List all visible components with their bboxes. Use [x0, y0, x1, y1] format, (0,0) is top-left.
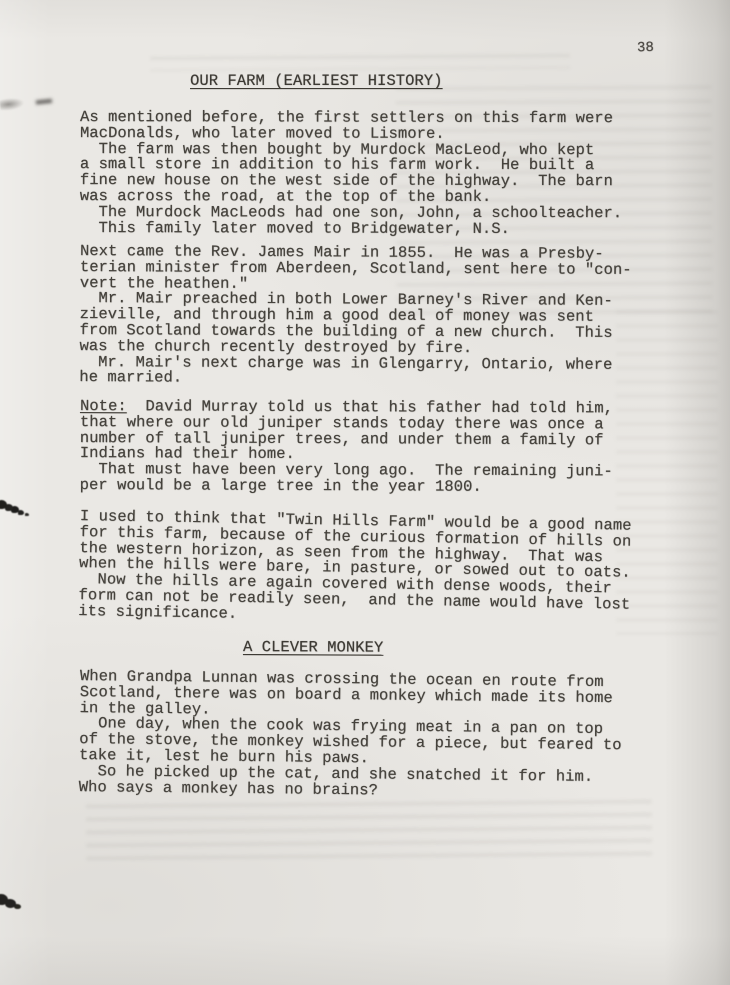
bleedthrough-ghost-top: [150, 45, 570, 72]
paragraph-rev-mair: Next came the Rev. James Mair in 1855. H…: [79, 244, 631, 389]
smudge-mark: [0, 97, 25, 111]
bleedthrough-ghost-bottom: [86, 791, 653, 866]
bleedthrough-ghost-right-mid: [616, 300, 718, 635]
paragraph-note: Note: David Murray told us that his fath…: [80, 399, 613, 496]
ink-mark-middle: [0, 500, 7, 509]
page-number: 38: [637, 41, 654, 57]
scanned-document-page: 38 OUR FARM (EARLIEST HISTORY) As mentio…: [0, 0, 730, 985]
note-text: David Murray told us that his father had…: [80, 397, 613, 496]
heading-our-farm: OUR FARM (EARLIEST HISTORY): [190, 74, 443, 90]
paragraph-first-settlers: As mentioned before, the first settlers …: [80, 110, 623, 238]
heading-clever-monkey: A CLEVER MONKEY: [243, 640, 383, 656]
ink-mark-bottom: [0, 894, 8, 905]
paragraph-clever-monkey: When Grandpa Lunnan was crossing the oce…: [79, 669, 623, 802]
paragraph-twin-hills: I used to think that "Twin Hills Farm" w…: [78, 509, 632, 629]
